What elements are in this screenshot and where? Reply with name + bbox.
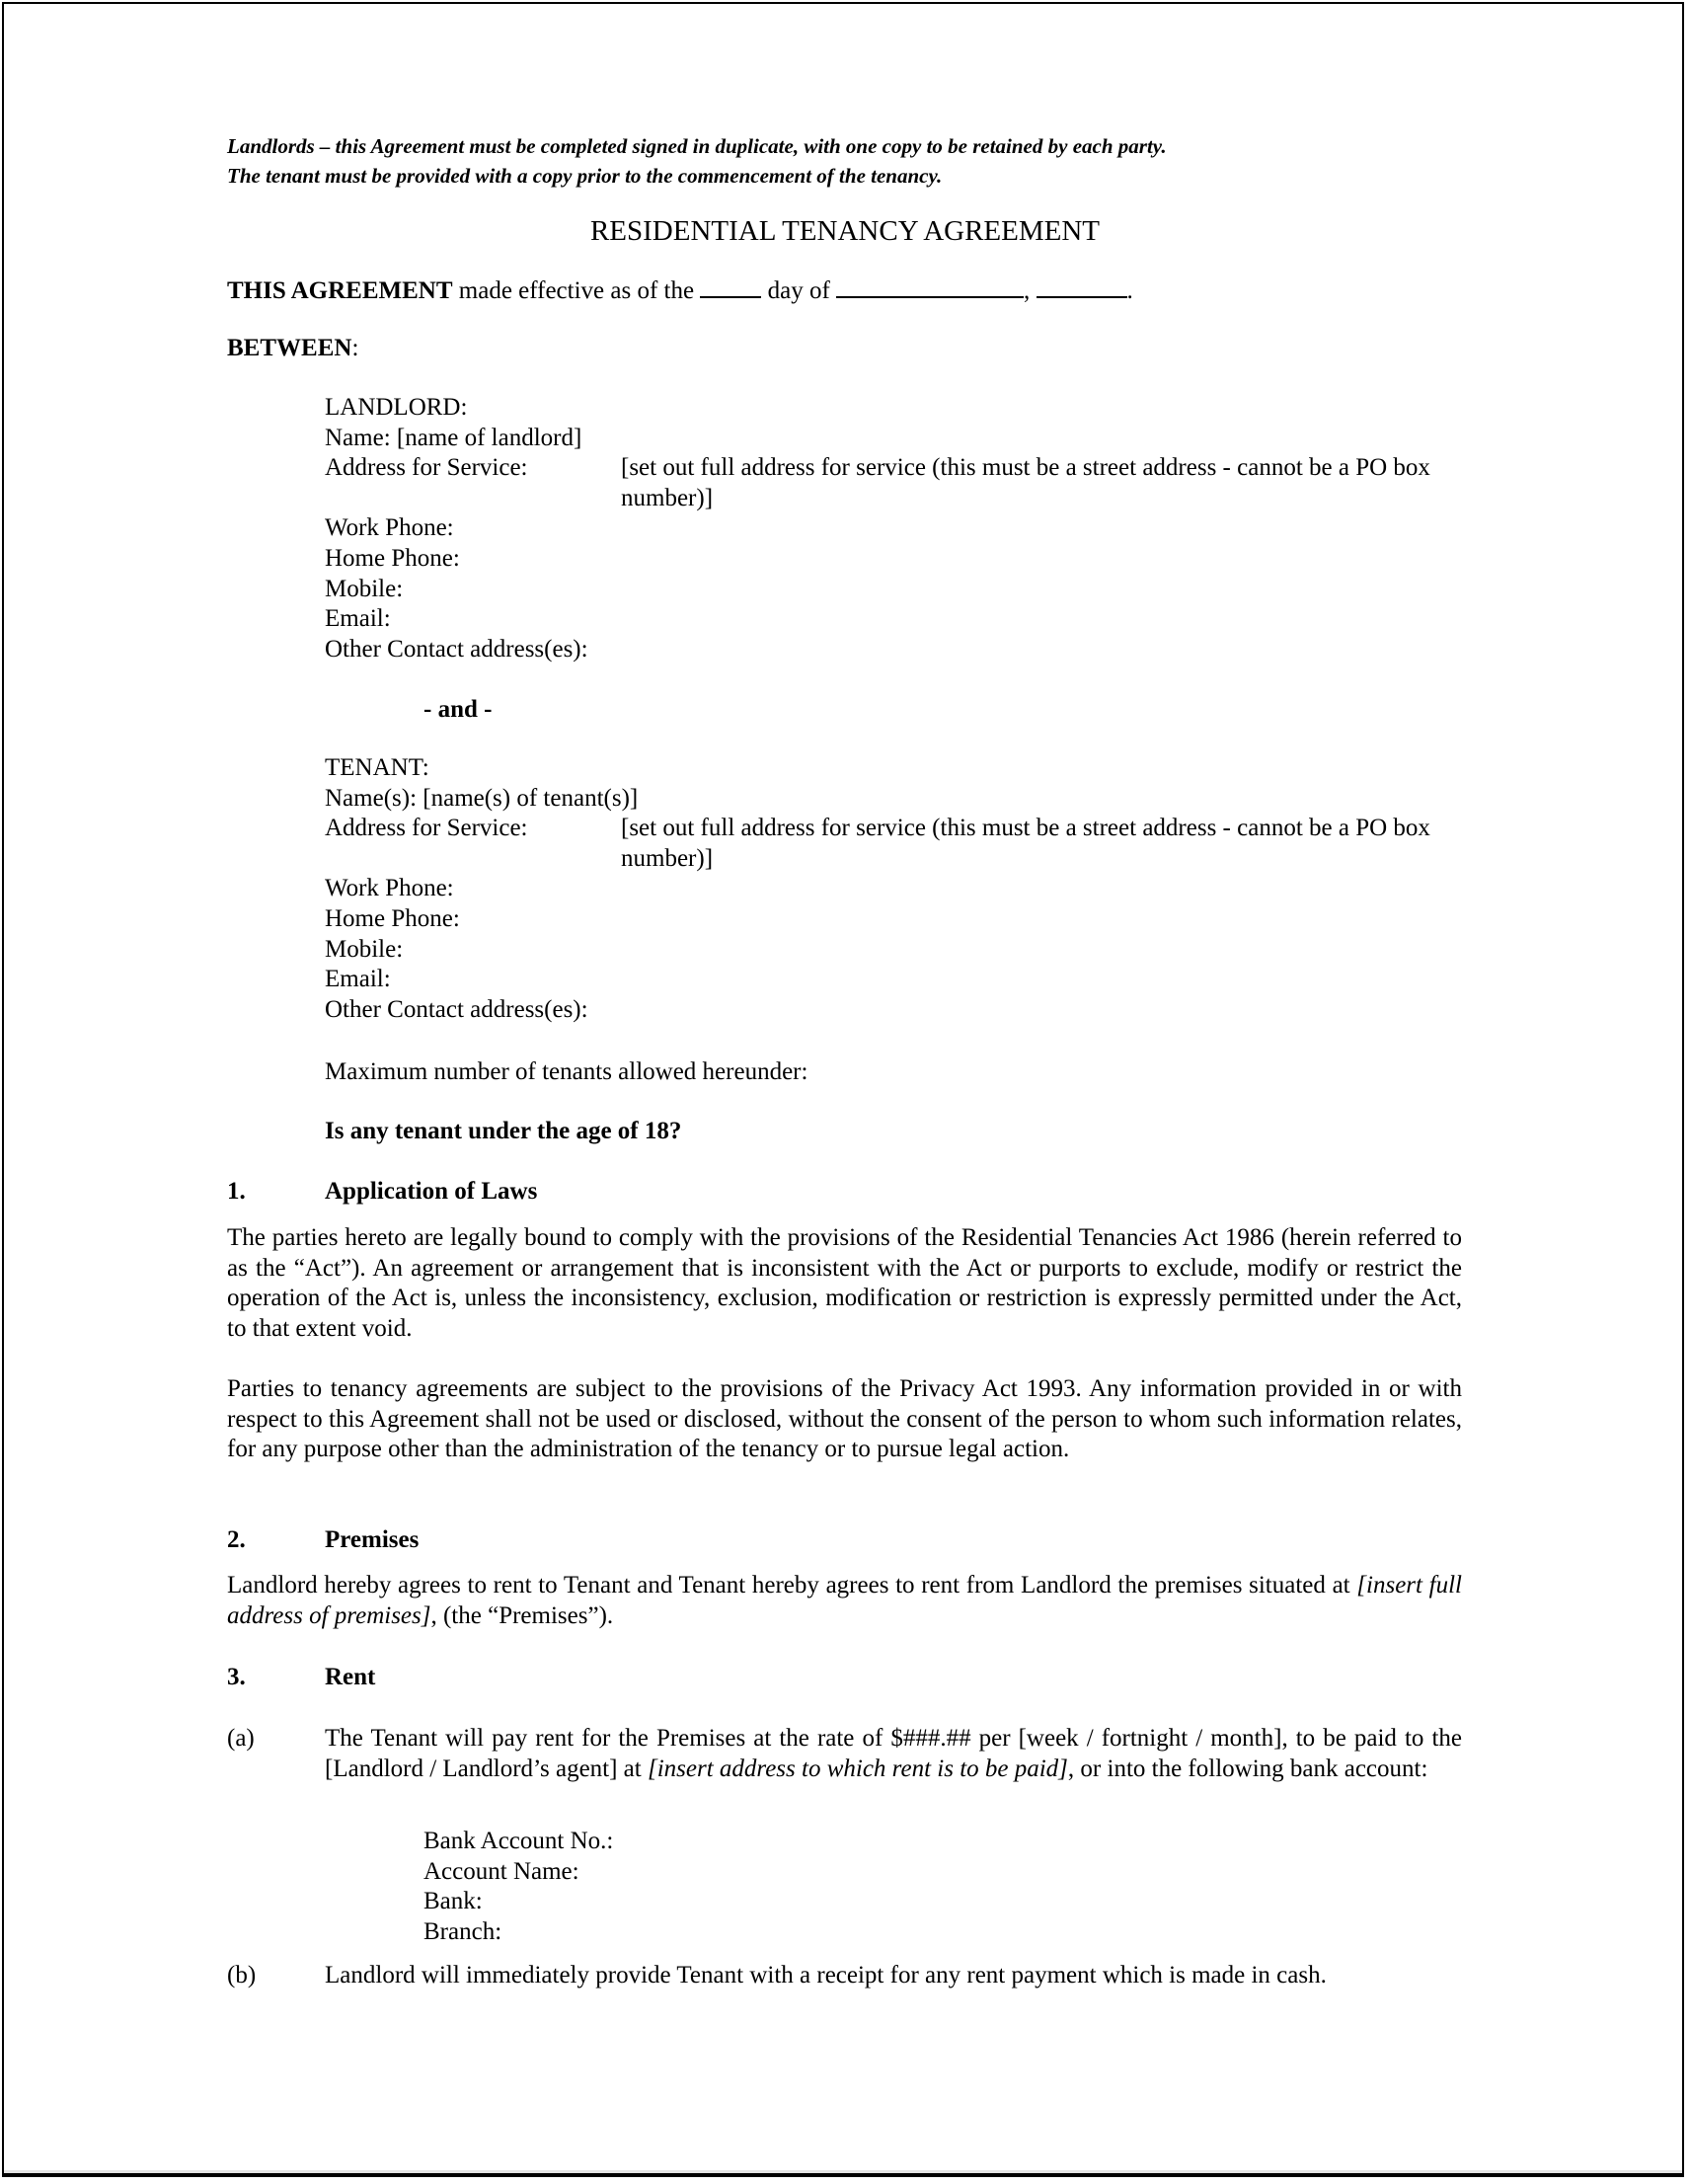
section-2-paragraph: Landlord hereby agrees to rent to Tenant…	[227, 1571, 1462, 1631]
landlord-other-contact: Other Contact address(es):	[325, 635, 1462, 665]
tenant-heading: TENANT:	[325, 753, 1462, 784]
bank-account-no: Bank Account No.:	[423, 1827, 613, 1857]
notice-line-1: Landlords – this Agreement must be compl…	[227, 131, 1462, 161]
landlord-heading: LANDLORD:	[325, 393, 1462, 424]
bank-name: Bank:	[423, 1887, 613, 1917]
clause-3a-text: The Tenant will pay rent for the Premise…	[325, 1724, 1462, 1784]
day-blank[interactable]	[700, 274, 761, 298]
landlord-address-row: Address for Service: [set out full addre…	[325, 453, 1462, 513]
section-1-title: Application of Laws	[325, 1177, 537, 1208]
clause-3a-label: (a)	[227, 1724, 255, 1755]
landlord-email: Email:	[325, 604, 1462, 635]
section-1-number: 1.	[227, 1177, 246, 1208]
section-3-number: 3.	[227, 1663, 246, 1693]
tenant-email: Email:	[325, 965, 1462, 995]
landlord-work-phone: Work Phone:	[325, 513, 1462, 544]
bank-branch: Branch:	[423, 1917, 613, 1948]
tenant-mobile: Mobile:	[325, 935, 1462, 966]
account-name: Account Name:	[423, 1857, 613, 1888]
month-blank[interactable]	[836, 274, 1024, 298]
section-2-title: Premises	[325, 1525, 419, 1556]
section-3-title: Rent	[325, 1663, 375, 1693]
tenant-block: TENANT: Name(s): [name(s) of tenant(s)] …	[325, 753, 1462, 1025]
landlord-name: Name: [name of landlord]	[325, 424, 1462, 454]
clause-3b-label: (b)	[227, 1961, 256, 1991]
between-heading: BETWEEN:	[227, 334, 358, 364]
notice-line-2: The tenant must be provided with a copy …	[227, 161, 1462, 191]
tenant-work-phone: Work Phone:	[325, 874, 1462, 904]
section-1-paragraph-1: The parties hereto are legally bound to …	[227, 1223, 1462, 1344]
bank-details: Bank Account No.: Account Name: Bank: Br…	[423, 1827, 613, 1947]
tenant-name: Name(s): [name(s) of tenant(s)]	[325, 784, 1462, 815]
effective-date-line: THIS AGREEMENT made effective as of the …	[227, 274, 1133, 307]
section-1-paragraph-2: Parties to tenancy agreements are subjec…	[227, 1374, 1462, 1465]
tenant-other-contact: Other Contact address(es):	[325, 995, 1462, 1026]
landlord-block: LANDLORD: Name: [name of landlord] Addre…	[325, 393, 1462, 664]
landlord-mobile: Mobile:	[325, 575, 1462, 605]
document-title: RESIDENTIAL TENANCY AGREEMENT	[0, 215, 1690, 248]
and-separator: - and -	[423, 695, 492, 726]
tenant-home-phone: Home Phone:	[325, 904, 1462, 935]
max-tenants: Maximum number of tenants allowed hereun…	[325, 1057, 807, 1088]
landlord-home-phone: Home Phone:	[325, 544, 1462, 575]
tenant-address-row: Address for Service: [set out full addre…	[325, 814, 1462, 874]
landlord-notice: Landlords – this Agreement must be compl…	[227, 131, 1462, 191]
document-page	[2, 2, 1684, 2177]
section-2-number: 2.	[227, 1525, 246, 1556]
clause-3b-text: Landlord will immediately provide Tenant…	[325, 1961, 1462, 1991]
under-18-question: Is any tenant under the age of 18?	[325, 1117, 681, 1147]
year-blank[interactable]	[1037, 274, 1127, 298]
